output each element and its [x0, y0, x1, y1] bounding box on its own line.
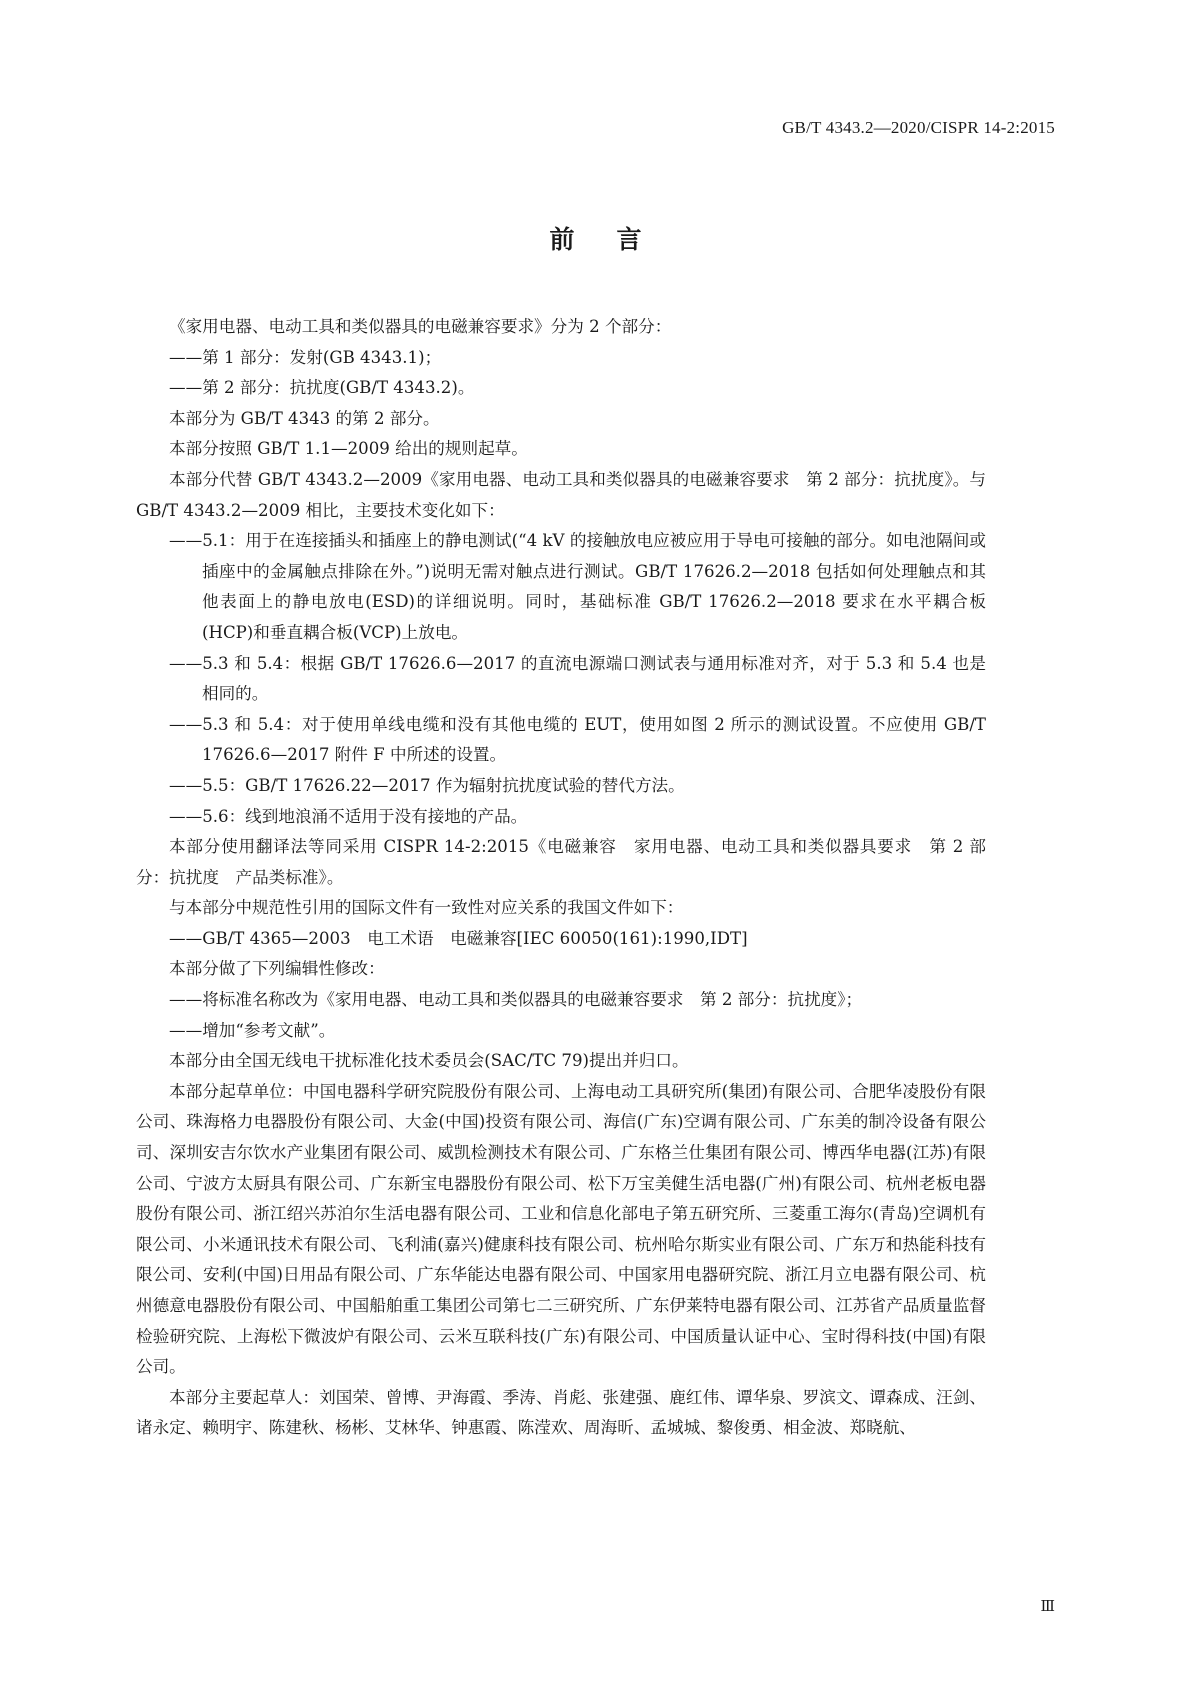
- paragraph-proposed-by: 本部分由全国无线电干扰标准化技术委员会(SAC/TC 79)提出并归口。: [136, 1046, 986, 1077]
- paragraph-adoption: 本部分使用翻译法等同采用 CISPR 14-2:2015《电磁兼容 家用电器、电…: [136, 832, 986, 893]
- list-item-change-5-3-5-4-b: ——5.3 和 5.4：对于使用单线电缆和没有其他电缆的 EUT，使用如图 2 …: [136, 710, 986, 771]
- paragraph-main-drafters: 本部分主要起草人：刘国荣、曾博、尹海霞、季涛、肖彪、张建强、鹿红伟、谭华泉、罗滨…: [136, 1383, 986, 1444]
- paragraph-part-of: 本部分为 GB/T 4343 的第 2 部分。: [136, 404, 986, 435]
- paragraph-drafting-rules: 本部分按照 GB/T 1.1—2009 给出的规则起草。: [136, 434, 986, 465]
- list-item-part-1: ——第 1 部分：发射(GB 4343.1)；: [136, 343, 986, 374]
- list-item-add-bibliography: ——增加“参考文献”。: [136, 1016, 986, 1047]
- list-item-gbt-4365: ——GB/T 4365—2003 电工术语 电磁兼容[IEC 60050(161…: [136, 924, 986, 955]
- paragraph-drafting-units: 本部分起草单位：中国电器科学研究院股份有限公司、上海电动工具研究所(集团)有限公…: [136, 1077, 986, 1383]
- paragraph-correspondence: 与本部分中规范性引用的国际文件有一致性对应关系的我国文件如下：: [136, 893, 986, 924]
- paragraph-replaces: 本部分代替 GB/T 4343.2—2009《家用电器、电动工具和类似器具的电磁…: [136, 465, 986, 526]
- list-item-change-5-5: ——5.5：GB/T 17626.22—2017 作为辐射抗扰度试验的替代方法。: [136, 771, 986, 802]
- standard-number-header: GB/T 4343.2—2020/CISPR 14-2:2015: [782, 118, 1055, 138]
- page-number: Ⅲ: [1041, 1597, 1055, 1616]
- paragraph-parts-intro: 《家用电器、电动工具和类似器具的电磁兼容要求》分为 2 个部分：: [136, 312, 986, 343]
- list-item-change-5-6: ——5.6：线到地浪涌不适用于没有接地的产品。: [136, 802, 986, 833]
- page-title: 前言: [0, 220, 1191, 256]
- list-item-rename-standard: ——将标准名称改为《家用电器、电动工具和类似器具的电磁兼容要求 第 2 部分：抗…: [136, 985, 986, 1016]
- list-item-part-2: ——第 2 部分：抗扰度(GB/T 4343.2)。: [136, 373, 986, 404]
- foreword-body: 《家用电器、电动工具和类似器具的电磁兼容要求》分为 2 个部分： ——第 1 部…: [136, 312, 986, 1444]
- list-item-change-5-1: ——5.1：用于在连接插头和插座上的静电测试(“4 kV 的接触放电应被应用于导…: [136, 526, 986, 648]
- paragraph-editorial-changes: 本部分做了下列编辑性修改：: [136, 954, 986, 985]
- list-item-change-5-3-5-4-a: ——5.3 和 5.4：根据 GB/T 17626.6—2017 的直流电源端口…: [136, 649, 986, 710]
